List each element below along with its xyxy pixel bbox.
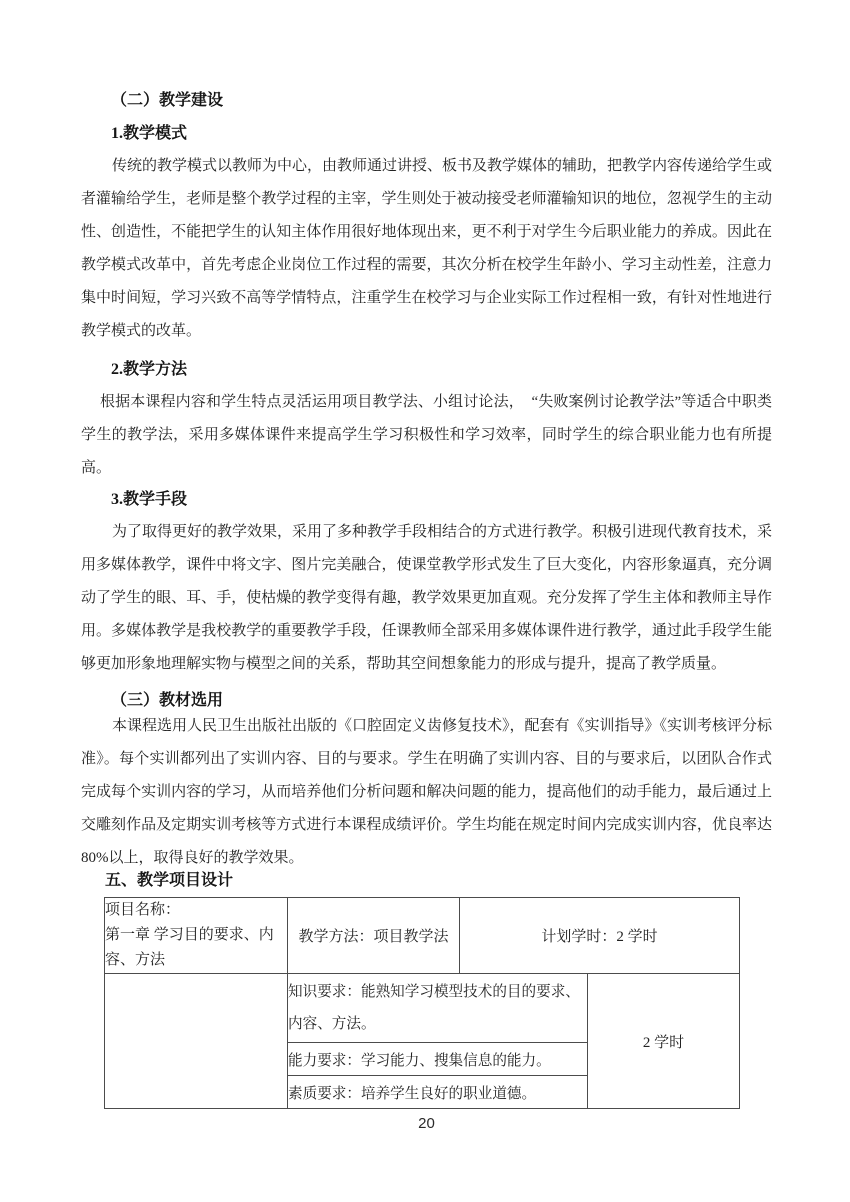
project-name-cell: 项目名称： 第一章 学习目的要求、内容、方法 (105, 898, 288, 974)
heading-teaching-method: 2.教学方法 (81, 353, 772, 386)
planned-hours-cell: 计划学时：2 学时 (460, 898, 740, 974)
paragraph-teaching-means: 为了取得更好的教学效果，采用了多种教学手段相结合的方式进行教学。积极引进现代教育… (81, 516, 772, 681)
paragraph-teaching-method: 根据本课程内容和学生特点灵活运用项目教学法、小组讨论法， “失败案例讨论教学法”… (81, 386, 772, 485)
project-name-label: 项目名称： (105, 898, 287, 923)
paragraph-textbook-selection: 本课程选用人民卫生出版社出版的《口腔固定义齿修复技术》，配套有《实训指导》《实训… (81, 710, 772, 875)
heading-teaching-means: 3.教学手段 (81, 483, 772, 516)
project-design-table: 项目名称： 第一章 学习目的要求、内容、方法 教学方法：项目教学法 计划学时：2… (104, 897, 740, 1109)
project-name-empty-cell (105, 974, 288, 1109)
quality-requirement-cell: 素质要求：培养学生良好的职业道德。 (288, 1076, 588, 1109)
table-row: 项目名称： 第一章 学习目的要求、内容、方法 教学方法：项目教学法 计划学时：2… (105, 898, 740, 974)
page-number: 20 (81, 1116, 772, 1132)
heading-teaching-construction: （二）教学建设 (81, 84, 772, 117)
hours-cell: 2 学时 (588, 974, 740, 1109)
document-content: （二）教学建设 1.教学模式 传统的教学模式以教师为中心，由教师通过讲授、板书及… (0, 0, 850, 1132)
heading-project-design: 五、教学项目设计 (81, 868, 772, 893)
table-row: 知识要求：能熟知学习模型技术的目的要求、内容、方法。 2 学时 (105, 974, 740, 1043)
document-page: （二）教学建设 1.教学模式 传统的教学模式以教师为中心，由教师通过讲授、板书及… (0, 0, 850, 1202)
paragraph-teaching-mode: 传统的教学模式以教师为中心，由教师通过讲授、板书及教学媒体的辅助，把教学内容传递… (81, 150, 772, 348)
knowledge-requirement-cell: 知识要求：能熟知学习模型技术的目的要求、内容、方法。 (288, 974, 588, 1043)
ability-requirement-cell: 能力要求：学习能力、搜集信息的能力。 (288, 1043, 588, 1076)
project-name-value: 第一章 学习目的要求、内容、方法 (105, 923, 287, 973)
teaching-method-cell: 教学方法：项目教学法 (288, 898, 460, 974)
heading-teaching-mode: 1.教学模式 (81, 117, 772, 150)
